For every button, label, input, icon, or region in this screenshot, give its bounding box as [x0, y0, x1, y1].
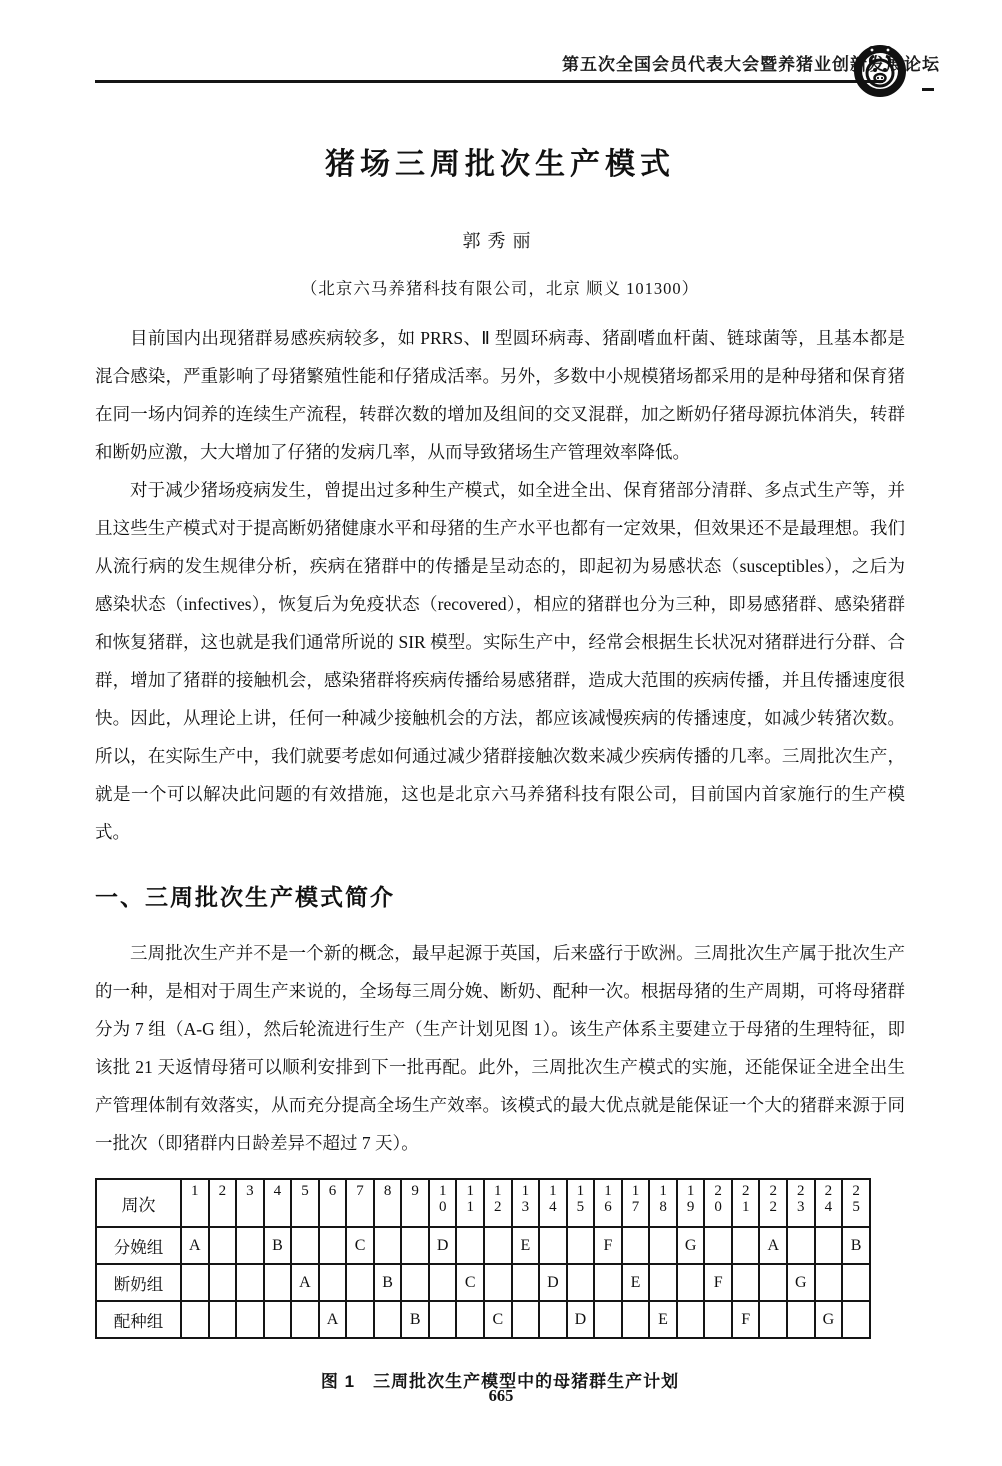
- schedule-cell: [539, 1301, 567, 1338]
- paragraph-2: 对于减少猪场疫病发生，曾提出过多种生产模式，如全进全出、保育猪部分清群、多点式生…: [95, 471, 905, 851]
- schedule-cell: D: [567, 1301, 595, 1338]
- week-number-cell: 1 3: [512, 1179, 540, 1227]
- schedule-cell: [622, 1301, 650, 1338]
- schedule-cell: D: [539, 1264, 567, 1301]
- schedule-cell: [649, 1227, 677, 1264]
- schedule-cell: [842, 1301, 870, 1338]
- row-label: 分娩组: [96, 1227, 181, 1264]
- schedule-cell: [401, 1264, 429, 1301]
- schedule-cell: [429, 1264, 457, 1301]
- schedule-cell: [842, 1264, 870, 1301]
- week-number-cell: 1 6: [594, 1179, 622, 1227]
- row-label: 断奶组: [96, 1264, 181, 1301]
- schedule-cell: [539, 1227, 567, 1264]
- schedule-cell: [594, 1301, 622, 1338]
- schedule-cell: [704, 1301, 732, 1338]
- schedule-cell: [236, 1301, 264, 1338]
- schedule-row: 配种组ABCDEFG: [96, 1301, 870, 1338]
- week-number-cell: 2: [209, 1179, 237, 1227]
- schedule-cell: [787, 1301, 815, 1338]
- schedule-cell: A: [319, 1301, 347, 1338]
- schedule-cell: [759, 1301, 787, 1338]
- schedule-cell: F: [732, 1301, 760, 1338]
- schedule-cell: [209, 1227, 237, 1264]
- schedule-cell: E: [649, 1301, 677, 1338]
- schedule-cell: [291, 1227, 319, 1264]
- schedule-cell: [374, 1301, 402, 1338]
- schedule-cell: [236, 1227, 264, 1264]
- week-number-cell: 2 0: [704, 1179, 732, 1227]
- week-header-row: 周次1234567891 01 11 21 31 41 51 61 71 81 …: [96, 1179, 870, 1227]
- page-header: 第五次全国会员代表大会暨养猪业创新发展论坛: [0, 0, 1002, 83]
- week-number-cell: 4: [264, 1179, 292, 1227]
- week-number-cell: 1 2: [484, 1179, 512, 1227]
- schedule-cell: [319, 1227, 347, 1264]
- author-name: 郭秀丽: [95, 227, 905, 253]
- schedule-cell: [677, 1301, 705, 1338]
- week-number-cell: 8: [374, 1179, 402, 1227]
- schedule-cell: G: [677, 1227, 705, 1264]
- schedule-cell: [649, 1264, 677, 1301]
- schedule-cell: [209, 1301, 237, 1338]
- section-1-heading: 一、三周批次生产模式简介: [95, 879, 905, 912]
- schedule-cell: [236, 1264, 264, 1301]
- week-number-cell: 2 1: [732, 1179, 760, 1227]
- schedule-cell: [567, 1264, 595, 1301]
- schedule-cell: [374, 1227, 402, 1264]
- header-rule: [95, 80, 883, 83]
- schedule-cell: [622, 1227, 650, 1264]
- schedule-cell: [456, 1227, 484, 1264]
- row-label: 配种组: [96, 1301, 181, 1338]
- schedule-cell: G: [815, 1301, 843, 1338]
- pig-association-logo-icon: [853, 42, 907, 100]
- schedule-cell: [815, 1264, 843, 1301]
- schedule-cell: B: [401, 1301, 429, 1338]
- schedule-cell: [181, 1301, 209, 1338]
- week-number-cell: 2 2: [759, 1179, 787, 1227]
- week-header-label: 周次: [96, 1179, 181, 1227]
- schedule-cell: B: [264, 1227, 292, 1264]
- header-dash: [922, 88, 934, 91]
- schedule-cell: [732, 1264, 760, 1301]
- week-number-cell: 1 4: [539, 1179, 567, 1227]
- schedule-cell: [704, 1227, 732, 1264]
- schedule-cell: [264, 1264, 292, 1301]
- schedule-cell: [346, 1264, 374, 1301]
- schedule-cell: B: [842, 1227, 870, 1264]
- schedule-cell: C: [484, 1301, 512, 1338]
- week-number-cell: 7: [346, 1179, 374, 1227]
- paragraph-1: 目前国内出现猪群易感疾病较多，如 PRRS、Ⅱ 型圆环病毒、猪副嗜血杆菌、链球菌…: [95, 319, 905, 471]
- schedule-cell: [319, 1264, 347, 1301]
- week-number-cell: 2 4: [815, 1179, 843, 1227]
- schedule-cell: [264, 1301, 292, 1338]
- schedule-cell: [512, 1301, 540, 1338]
- schedule-cell: [429, 1301, 457, 1338]
- schedule-cell: [401, 1227, 429, 1264]
- schedule-cell: [732, 1227, 760, 1264]
- page-number: 665: [0, 1386, 1002, 1406]
- week-number-cell: 1 5: [567, 1179, 595, 1227]
- week-number-cell: 2 3: [787, 1179, 815, 1227]
- schedule-cell: [567, 1227, 595, 1264]
- schedule-row: 断奶组ABCDEFG: [96, 1264, 870, 1301]
- week-number-cell: 1: [181, 1179, 209, 1227]
- week-number-cell: 5: [291, 1179, 319, 1227]
- schedule-cell: G: [787, 1264, 815, 1301]
- schedule-cell: B: [374, 1264, 402, 1301]
- week-number-cell: 1 9: [677, 1179, 705, 1227]
- schedule-cell: [512, 1264, 540, 1301]
- schedule-cell: [787, 1227, 815, 1264]
- week-number-cell: 2 5: [842, 1179, 870, 1227]
- schedule-cell: F: [704, 1264, 732, 1301]
- schedule-cell: A: [181, 1227, 209, 1264]
- schedule-cell: [594, 1264, 622, 1301]
- schedule-cell: [484, 1227, 512, 1264]
- production-schedule-table: 周次1234567891 01 11 21 31 41 51 61 71 81 …: [95, 1178, 871, 1339]
- week-number-cell: 1 1: [456, 1179, 484, 1227]
- week-number-cell: 1 8: [649, 1179, 677, 1227]
- paper-title: 猪场三周批次生产模式: [95, 139, 905, 183]
- schedule-cell: C: [456, 1264, 484, 1301]
- schedule-cell: A: [291, 1264, 319, 1301]
- schedule-cell: [291, 1301, 319, 1338]
- week-number-cell: 6: [319, 1179, 347, 1227]
- week-number-cell: 9: [401, 1179, 429, 1227]
- schedule-cell: C: [346, 1227, 374, 1264]
- schedule-cell: E: [512, 1227, 540, 1264]
- schedule-cell: [484, 1264, 512, 1301]
- schedule-cell: F: [594, 1227, 622, 1264]
- schedule-cell: [815, 1227, 843, 1264]
- paragraph-3: 三周批次生产并不是一个新的概念，最早起源于英国，后来盛行于欧洲。三周批次生产属于…: [95, 934, 905, 1162]
- schedule-cell: [456, 1301, 484, 1338]
- week-number-cell: 3: [236, 1179, 264, 1227]
- author-affiliation: （北京六马养猪科技有限公司，北京 顺义 101300）: [95, 275, 905, 299]
- schedule-cell: A: [759, 1227, 787, 1264]
- schedule-cell: [346, 1301, 374, 1338]
- schedule-cell: [209, 1264, 237, 1301]
- paper-page: 第五次全国会员代表大会暨养猪业创新发展论坛: [0, 0, 1002, 1466]
- schedule-cell: D: [429, 1227, 457, 1264]
- week-number-cell: 1 7: [622, 1179, 650, 1227]
- week-number-cell: 1 0: [429, 1179, 457, 1227]
- schedule-cell: [677, 1264, 705, 1301]
- schedule-cell: E: [622, 1264, 650, 1301]
- schedule-row: 分娩组ABCDEFGAB: [96, 1227, 870, 1264]
- schedule-cell: [181, 1264, 209, 1301]
- schedule-cell: [759, 1264, 787, 1301]
